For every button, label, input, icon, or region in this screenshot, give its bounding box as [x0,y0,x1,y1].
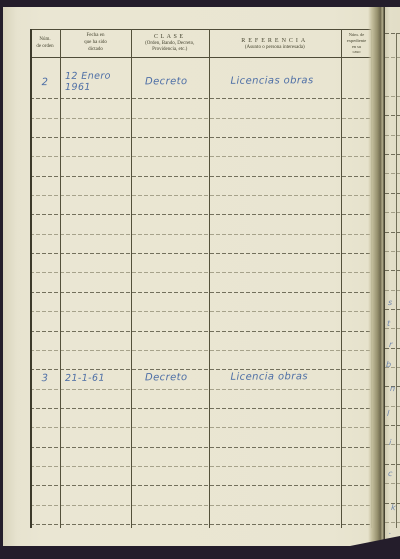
entry-2-clase: Decreto [131,75,209,87]
next-page-edge [385,7,400,546]
header-num-label: Núm. de orden [36,37,53,50]
ruled-line [385,444,400,445]
ruled-line [385,328,400,329]
scanned-ledger-page: Núm. de orden Fecha en que ha sido dicta… [0,0,400,559]
ruled-line [30,524,372,525]
header-cell-fecha: Fecha en que ha sido dictado [60,30,131,57]
column-line-left [30,29,32,528]
ruled-line [385,464,400,465]
ruled-line [385,503,400,504]
next-page-column-line [396,33,397,528]
ruled-line [385,406,400,407]
column-line-4 [341,29,342,528]
ruled-line [385,290,400,291]
ruled-line [385,115,400,116]
header-cell-num: Núm. de orden [30,30,60,57]
ruled-line [385,309,400,310]
header-clase-title: CLASE [154,34,186,40]
header-expediente-label: Núm. de expediente en su caso [347,32,367,55]
ruled-line [385,57,400,58]
entry-row-2: 2 12 Enero 1961 Decreto Licencias obras [30,70,372,92]
ruled-line [385,367,400,368]
column-line-3 [209,29,210,528]
header-clase-subtitle: (Orden, Bando, Decreto, Providencia, etc… [145,41,194,54]
header-cell-referencia: REFERENCIA (Asunto o persona interesada) [209,30,342,57]
column-line-2 [131,29,132,528]
header-fecha-label: Fecha en que ha sido dictado [84,33,107,53]
ruled-line [385,522,400,523]
ledger-page: Núm. de orden Fecha en que ha sido dicta… [3,7,400,546]
entry-3-fecha: 21-1-61 [60,372,131,383]
ruled-line [385,483,400,484]
ruled-line [385,425,400,426]
entry-3-clase: Decreto [131,371,209,383]
page-fold-shadow [368,7,385,546]
ruled-line [385,135,400,136]
entry-2-fecha: 12 Enero 1961 [60,70,131,92]
ruled-line [385,173,400,174]
ledger-table: Núm. de orden Fecha en que ha sido dicta… [30,29,372,524]
ruled-line [385,232,400,233]
ruled-line [385,386,400,387]
table-header: Núm. de orden Fecha en que ha sido dicta… [30,29,372,58]
header-referencia-title: REFERENCIA [241,38,308,44]
ruled-line [385,251,400,252]
entry-2-referencia: Licencias obras [208,75,341,87]
header-referencia-subtitle: (Asunto o persona interesada) [245,45,305,50]
ruled-line [385,154,400,155]
ruled-line [385,270,400,271]
header-cell-clase: CLASE (Orden, Bando, Decreto, Providenci… [131,30,209,57]
ruled-line [385,212,400,213]
ruled-line [385,33,400,34]
ruled-line [385,96,400,97]
entry-3-referencia: Licencia obras [208,371,341,383]
entry-row-3: 3 21-1-61 Decreto Licencia obras [30,366,372,388]
entry-2-num: 2 [30,76,60,87]
ruled-line [385,193,400,194]
column-line-1 [60,29,61,528]
ruled-line [385,348,400,349]
entry-3-num: 3 [30,372,60,383]
